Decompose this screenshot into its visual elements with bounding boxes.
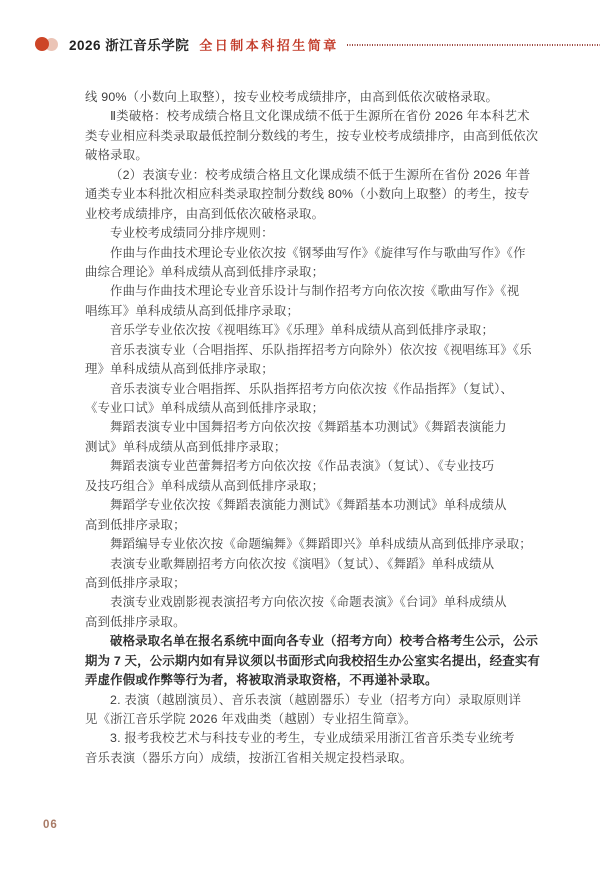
text-line: 3. 报考我校艺术与科技专业的考生，专业成绩采用浙江省音乐类专业统考 bbox=[85, 729, 527, 748]
document-page: 2026 浙江音乐学院 全日制本科招生简章 线 90%（小数向上取整），按专业校… bbox=[0, 0, 600, 884]
text-line: 唱练耳》单科成绩从高到低排序录取； bbox=[85, 302, 527, 321]
text-line: 舞蹈学专业依次按《舞蹈表演能力测试》《舞蹈基本功测试》单科成绩从 bbox=[85, 496, 527, 515]
text-line: 业校考成绩排序，由高到低依次破格录取。 bbox=[85, 205, 527, 224]
text-line: 表演专业歌舞剧招考方向依次按《演唱》（复试）、《舞蹈》单科成绩从 bbox=[85, 555, 527, 574]
document-body: 线 90%（小数向上取整），按专业校考成绩排序，由高到低依次破格录取。Ⅱ类破格：… bbox=[85, 88, 527, 768]
text-line: 高到低排序录取； bbox=[85, 516, 527, 535]
text-line: 破格录取名单在报名系统中面向各专业（招考方向）校考合格考生公示，公示 bbox=[85, 632, 527, 651]
text-line: 《专业口试》单科成绩从高到低排序录取； bbox=[85, 399, 527, 418]
header-dotted-line bbox=[347, 44, 600, 46]
text-line: 破格录取。 bbox=[85, 146, 527, 165]
text-line: 专业校考成绩同分排序规则： bbox=[85, 224, 527, 243]
text-line: 作曲与作曲技术理论专业音乐设计与制作招考方向依次按《歌曲写作》《视 bbox=[85, 282, 527, 301]
text-line: 期为 7 天，公示期内如有异议须以书面形式向我校招生办公室实名提出，经查实有 bbox=[85, 652, 527, 671]
text-line: 表演专业戏剧影视表演招考方向依次按《命题表演》《台词》单科成绩从 bbox=[85, 593, 527, 612]
text-line: 高到低排序录取； bbox=[85, 574, 527, 593]
text-line: 线 90%（小数向上取整），按专业校考成绩排序，由高到低依次破格录取。 bbox=[85, 88, 527, 107]
text-line: 作曲与作曲技术理论专业依次按《钢琴曲写作》《旋律写作与歌曲写作》《作 bbox=[85, 244, 527, 263]
text-line: 理》单科成绩从高到低排序录取； bbox=[85, 360, 527, 379]
header-subtitle: 全日制本科招生简章 bbox=[199, 35, 339, 54]
text-line: 见《浙江音乐学院 2026 年戏曲类（越剧）专业招生简章》。 bbox=[85, 710, 527, 729]
text-line: 测试》单科成绩从高到低排序录取； bbox=[85, 438, 527, 457]
text-line: 舞蹈表演专业中国舞招考方向依次按《舞蹈基本功测试》《舞蹈表演能力 bbox=[85, 418, 527, 437]
text-line: 及技巧组合》单科成绩从高到低排序录取； bbox=[85, 477, 527, 496]
text-line: Ⅱ类破格：校考成绩合格且文化课成绩不低于生源所在省份 2026 年本科艺术 bbox=[85, 107, 527, 126]
brand-dots-icon bbox=[35, 37, 60, 51]
text-line: 高到低排序录取。 bbox=[85, 613, 527, 632]
text-line: 曲综合理论》单科成绩从高到低排序录取； bbox=[85, 263, 527, 282]
text-line: 弄虚作假或作弊等行为者，将被取消录取资格，不再递补录取。 bbox=[85, 671, 527, 690]
text-line: 舞蹈表演专业芭蕾舞招考方向依次按《作品表演》（复试）、《专业技巧 bbox=[85, 457, 527, 476]
text-line: （2）表演专业：校考成绩合格且文化课成绩不低于生源所在省份 2026 年普 bbox=[85, 166, 527, 185]
text-line: 类专业相应科类录取最低控制分数线的考生，按专业校考成绩排序，由高到低依次 bbox=[85, 127, 527, 146]
header-title: 2026 浙江音乐学院 bbox=[69, 34, 189, 54]
text-line: 2. 表演（越剧演员）、音乐表演（越剧器乐）专业（招考方向）录取原则详 bbox=[85, 691, 527, 710]
text-line: 音乐学专业依次按《视唱练耳》《乐理》单科成绩从高到低排序录取； bbox=[85, 321, 527, 340]
page-header: 2026 浙江音乐学院 全日制本科招生简章 bbox=[35, 33, 600, 55]
page-number: 06 bbox=[43, 819, 58, 831]
text-line: 舞蹈编导专业依次按《命题编舞》《舞蹈即兴》单科成绩从高到低排序录取； bbox=[85, 535, 527, 554]
text-line: 音乐表演（器乐方向）成绩，按浙江省相关规定投档录取。 bbox=[85, 749, 527, 768]
brand-dot-solid bbox=[35, 37, 49, 51]
text-line: 音乐表演专业合唱指挥、乐队指挥招考方向依次按《作品指挥》（复试）、 bbox=[85, 380, 527, 399]
text-line: 音乐表演专业（合唱指挥、乐队指挥招考方向除外）依次按《视唱练耳》《乐 bbox=[85, 341, 527, 360]
text-line: 通类专业本科批次相应科类录取控制分数线 80%（小数向上取整）的考生，按专 bbox=[85, 185, 527, 204]
